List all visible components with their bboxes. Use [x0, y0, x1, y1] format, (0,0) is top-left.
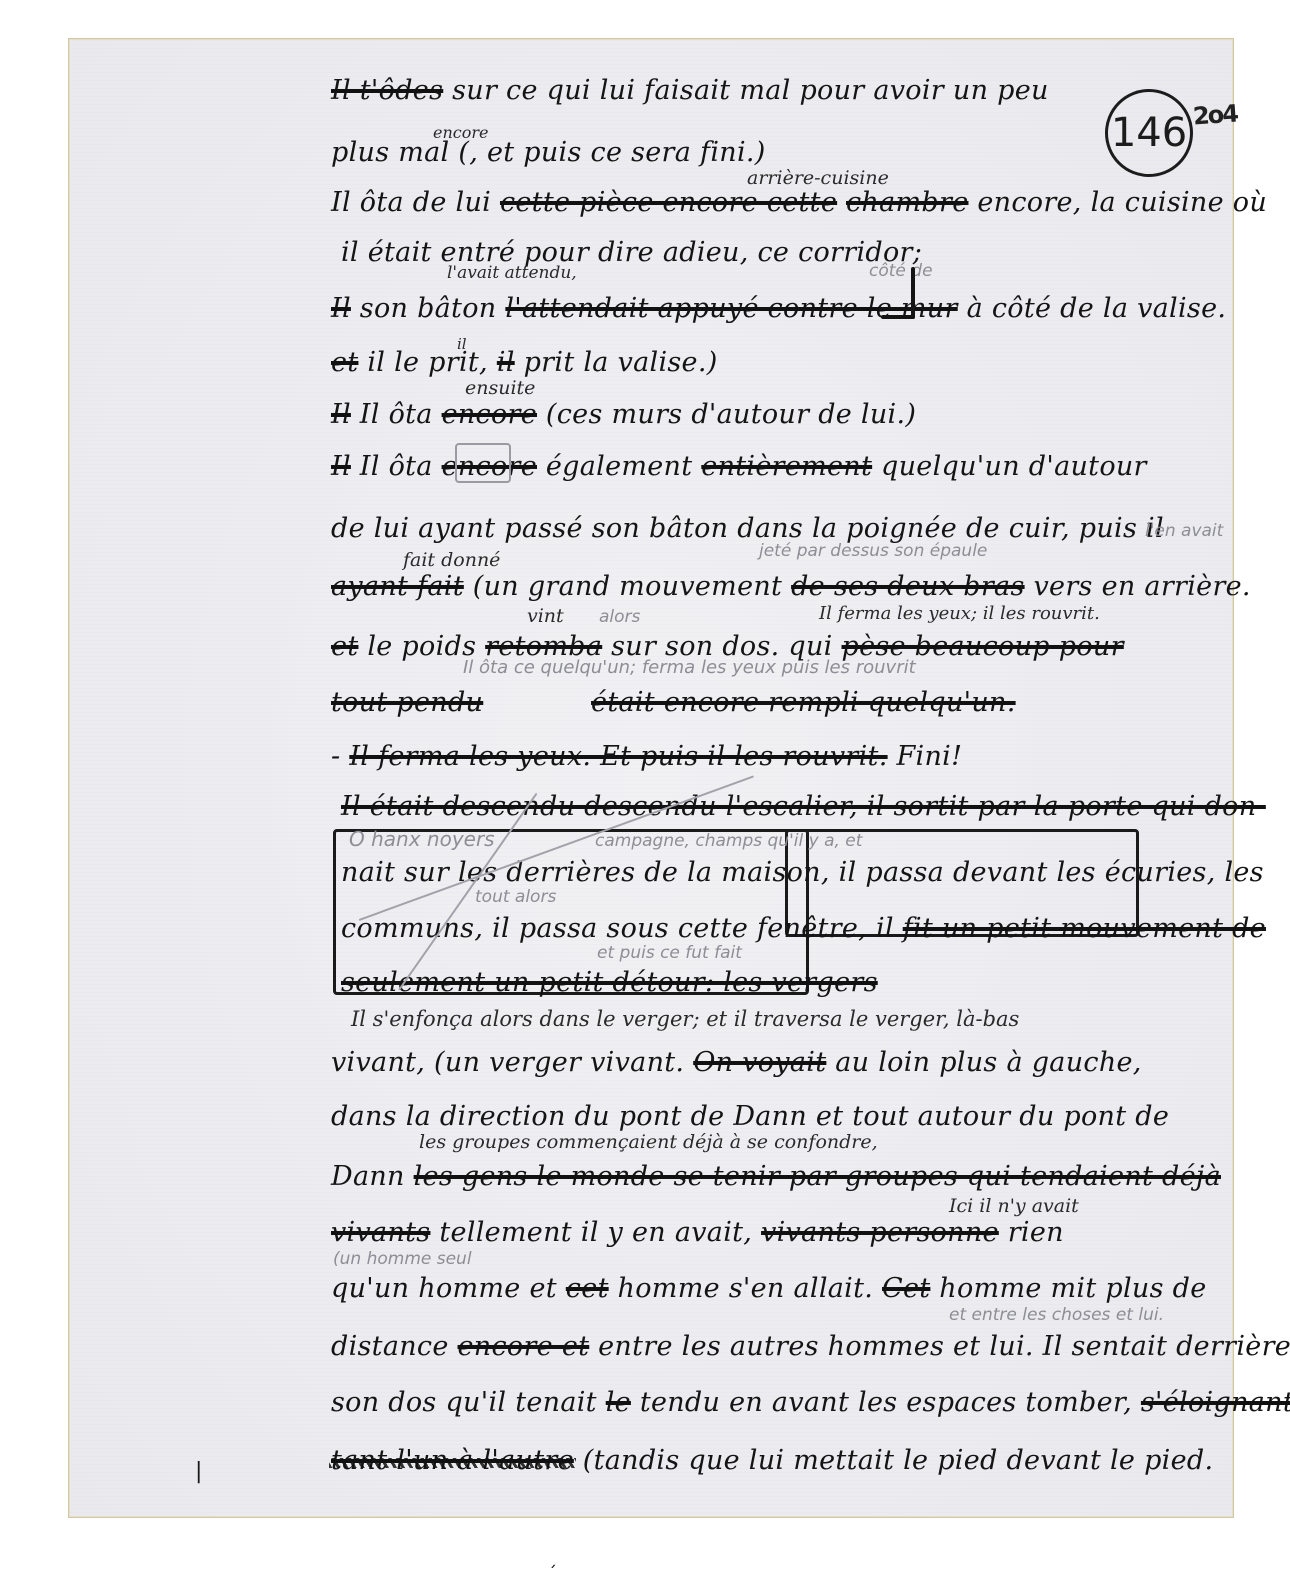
pencil-annotation: jeté par dessus son épaule — [759, 543, 987, 560]
continuation-text: entre les autres hommes et lui. Il senta… — [598, 1331, 1290, 1362]
manuscript-line-11: et le poids retomba sur son dos. qui pès… — [331, 633, 1124, 660]
insertion-bracket — [881, 315, 915, 319]
manuscript-line-9: de lui ayant passé son bâton dans la poi… — [331, 515, 1164, 542]
line-text: son bâton — [360, 293, 497, 324]
struck-text: Il — [331, 293, 351, 324]
line-text: vivant, (un verger vivant. — [331, 1047, 684, 1078]
struck-text: les gens le monde se tenir par groupes q… — [414, 1161, 1221, 1192]
manuscript-line-23: vivants tellement il y en avait, vivants… — [331, 1219, 1064, 1246]
manuscript-line-22: Dann les gens le monde se tenir par grou… — [331, 1163, 1221, 1190]
line-text: qu'un homme et — [331, 1273, 557, 1304]
line-text: il le prit, — [367, 347, 488, 378]
line-text: sur ce qui lui faisait mal pour avoir un… — [452, 75, 1049, 106]
continuation-text: Fini! — [897, 741, 963, 772]
struck-text: Il — [331, 451, 351, 482]
line-text: (tandis que lui mettait le pied devant l… — [583, 1445, 1214, 1476]
struck-text: et — [331, 347, 358, 378]
pencil-annotation: (un homme seul — [333, 1251, 472, 1268]
struck-text: encore et — [458, 1331, 590, 1362]
insertion-above: l'avait attendu, — [447, 265, 577, 282]
continuation-text: également — [546, 451, 693, 482]
manuscript-line-5: Il son bâton l'attendait appuyé contre l… — [331, 295, 1226, 322]
struck-text: s'éloignant — [1141, 1387, 1290, 1418]
insertion-above: arrière-cuisine — [747, 169, 889, 188]
continuation-text: rien — [1008, 1217, 1064, 1248]
insertion-above: Ici il n'y avait — [949, 1197, 1079, 1216]
struck-text: vivants personne — [761, 1217, 999, 1248]
insertion-above: fait donné — [403, 551, 500, 570]
pencil-annotation: alors — [599, 609, 640, 626]
line-text: il était entré pour dire adieu, ce corri… — [341, 237, 922, 268]
struck-text: encore — [442, 399, 537, 430]
struck-text: ayant fait — [331, 571, 464, 602]
line-text: dans la direction du pont de Dann et tou… — [331, 1101, 1169, 1132]
pencil-annotation: O hanx noyers — [349, 829, 495, 849]
line-text: communs, il passa sous cette fenêtre, il — [341, 913, 894, 944]
continuation-text: prit la valise.) — [524, 347, 718, 378]
struck-text: Cet — [882, 1273, 930, 1304]
continuation-text: au loin plus à gauche, — [835, 1047, 1141, 1078]
struck-text: cet — [566, 1273, 609, 1304]
continuation-text: (, et puis ce sera fini.) — [458, 137, 765, 168]
manuscript-line-7: Il Il ôta encore (ces murs d'autour de l… — [331, 401, 916, 428]
pencil-annotation: et puis ce fut fait — [597, 945, 742, 962]
manuscript-line-4: il était entré pour dire adieu, ce corri… — [341, 239, 922, 266]
continuation-text: (ces murs d'autour de lui.) — [546, 399, 916, 430]
pencil-line: Il ôta ce quelqu'un; ferma les yeux puis… — [463, 659, 916, 677]
manuscript-line-21: dans la direction du pont de Dann et tou… — [331, 1103, 1169, 1130]
manuscript-line-13: tout pendu était encore rempli quelqu'un… — [331, 689, 1016, 716]
continuation-text: encore, la cuisine où — [977, 187, 1267, 218]
line-text: Il ôta — [360, 399, 433, 430]
struck-text: Il ferma les yeux. Et puis il les rouvri… — [349, 741, 887, 772]
manuscript-line-3: Il ôta de lui cette pièce encore cette c… — [331, 189, 1267, 216]
manuscript-line-20: vivant, (un verger vivant. On voyait au … — [331, 1049, 1142, 1076]
continuation-text: quelqu'un d'autour — [881, 451, 1147, 482]
line-text: - — [331, 741, 349, 772]
line-text: plus mal — [331, 137, 449, 168]
manuscript-line-18: seulement un petit détour: les vergers — [341, 969, 878, 996]
struck-text: entièrement — [701, 451, 872, 482]
manuscript-line-24: qu'un homme et cet homme s'en allait. Ce… — [331, 1275, 1207, 1302]
margin-mark: | — [195, 1459, 202, 1484]
pencil-annotation: campagne, champs qu'il y a, et — [595, 833, 862, 850]
struck-text: était encore rempli quelqu'un. — [591, 687, 1016, 718]
continuation-text: à côté de la valise. — [967, 293, 1227, 324]
struck-text: On voyait — [693, 1047, 826, 1078]
pencil-circle — [455, 443, 511, 483]
insertion-above: vint — [527, 607, 564, 626]
scribbled-out-text: tant l'un à l'autre — [331, 1447, 574, 1474]
insertion-bracket — [911, 267, 915, 319]
insertion-above: ensuite — [465, 379, 535, 398]
struck-text: l'attendait appuyé contre le mur — [505, 293, 957, 324]
struck-text: cette pièce encore cette — [500, 187, 837, 218]
line-text: son dos qu'il tenait — [331, 1387, 597, 1418]
struck-text: de ses deux bras — [791, 571, 1025, 602]
struck-text: fit un petit mouvement de — [903, 913, 1266, 944]
line-text: Il ôta de lui — [331, 187, 491, 218]
line-text: tellement il y en avait, — [439, 1217, 752, 1248]
struck-text: le — [606, 1387, 631, 1418]
manuscript-line-15: Il était descendu descendu l'escalier, i… — [341, 793, 1266, 820]
insertion-right: Il ferma les yeux; il les rouvrit. — [819, 605, 1100, 623]
pencil-annotation: tout alors — [475, 889, 556, 906]
continuation-text: tendu en avant les espaces tomber, — [640, 1387, 1132, 1418]
manuscript-line-2: plus mal (, et puis ce sera fini.) — [331, 139, 766, 166]
line-text: le poids — [367, 631, 476, 662]
continuation-text: vers en arrière. — [1034, 571, 1251, 602]
manuscript-line-10: ayant fait (un grand mouvement de ses de… — [331, 573, 1251, 600]
pencil-annotation: l'en avait — [1145, 523, 1223, 540]
manuscript-line-8: Il Il ôta encore également entièrement q… — [331, 453, 1147, 480]
struck-text: seulement un petit détour: les vergers — [341, 967, 878, 998]
line-text: de lui ayant passé son bâton dans la poi… — [331, 513, 1164, 544]
manuscript-line-1: Il t'ôdes sur ce qui lui faisait mal pou… — [331, 77, 1049, 104]
insertion-above: les groupes commençaient déjà à se confo… — [419, 1133, 878, 1152]
struck-text: tout pendu — [331, 687, 483, 718]
manuscript-page: 146 2o4 Il t'ôdes sur ce qui lui faisait… — [68, 38, 1234, 1518]
continuation-text: homme mit plus de — [939, 1273, 1206, 1304]
page-number-text: 146 — [1111, 110, 1187, 156]
line-text: Il ôta — [360, 451, 433, 482]
line-text: (un grand mouvement — [473, 571, 782, 602]
struck-text: et — [331, 631, 358, 662]
old-page-number: 2o4 — [1192, 100, 1238, 131]
struck-text: il — [497, 347, 515, 378]
pencil-annotation: côté de — [869, 263, 933, 280]
struck-text: vivants — [331, 1217, 430, 1248]
struck-text: Il — [331, 399, 351, 430]
continuation-text: homme s'en allait. — [618, 1273, 874, 1304]
manuscript-line-17: communs, il passa sous cette fenêtre, il… — [341, 915, 1266, 942]
insertion-line: Il s'enfonça alors dans le verger; et il… — [351, 1009, 1019, 1030]
manuscript-line-14: - Il ferma les yeux. Et puis il les rouv… — [331, 743, 962, 770]
line-text: distance — [331, 1331, 449, 1362]
struck-text: Il était descendu descendu l'escalier, i… — [341, 791, 1266, 822]
manuscript-line-27: tant l'un à l'autre (tandis que lui mett… — [331, 1447, 1213, 1474]
struck-text: chambre — [846, 187, 968, 218]
pencil-annotation: et entre les choses et lui. — [949, 1307, 1164, 1324]
bottom-mark: ˏ — [548, 1548, 557, 1569]
manuscript-line-26: son dos qu'il tenait le tendu en avant l… — [331, 1389, 1290, 1416]
manuscript-line-25: distance encore et entre les autres homm… — [331, 1333, 1290, 1360]
struck-text: Il t'ôdes — [331, 75, 443, 106]
line-text: Dann — [331, 1161, 405, 1192]
manuscript-line-6: et il le prit, il prit la valise.) — [331, 349, 718, 376]
page-number-circled: 146 — [1105, 89, 1193, 177]
